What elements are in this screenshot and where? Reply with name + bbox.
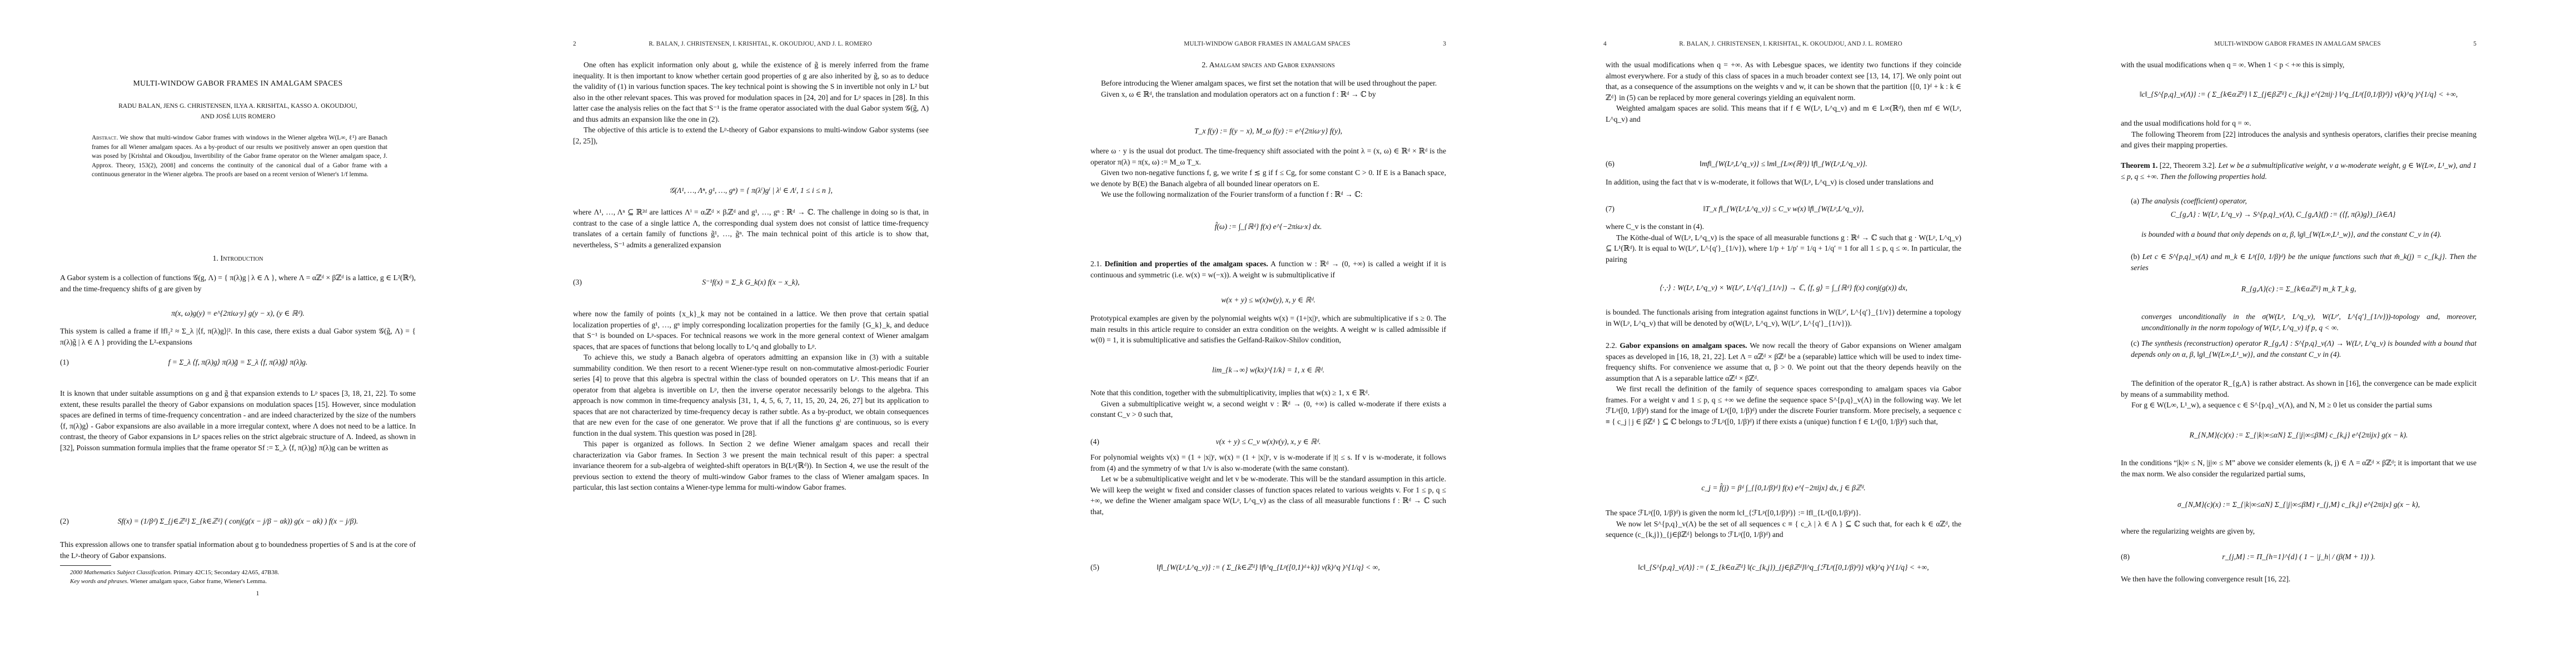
subsection-heading: Definition and properties of the amalgam… (1105, 260, 1268, 268)
page-number: 5 (2473, 41, 2477, 47)
paragraph-text: In the conditions “|k|∞ ≤ N, |j|∞ ≤ M” a… (2121, 457, 2477, 479)
item-text: The analysis (coefficient) operator, (2141, 197, 2247, 205)
equation-4: (4) v(x + y) ≤ C_v w(x)v(y), x, y ∈ ℝᵈ. (1090, 437, 1446, 446)
theorem-reference: [22, Theorem 3.2]. (2160, 161, 2216, 170)
paragraph: This expression allows one to transfer s… (60, 539, 416, 561)
theorem-item-a-continued: is bounded with a bound that only depend… (2141, 229, 2477, 240)
equation-body: R_{N,M}(c)(x) := Σ_{|k|∞≤αN} Σ_{|j|∞≤βM}… (2121, 431, 2477, 440)
page-5: MULTI-WINDOW GABOR FRAMES IN AMALGAM SPA… (2061, 0, 2576, 667)
paragraph: In addition, using the fact that v is w-… (1606, 177, 1961, 188)
paragraph-text: and the usual modifications hold for q =… (2121, 118, 2477, 129)
equation-body: ‖c‖_{S^{p,q}_v(Λ)} := ( Σ_{k∈αℤᵈ} ‖(c_{k… (1606, 563, 1961, 572)
paragraph-text: The space ℱLᵖ([0, 1/β)ᵈ) is given the no… (1606, 507, 1961, 519)
running-head-text: R. BALAN, J. CHRISTENSEN, I. KRISHTAL, K… (590, 41, 931, 47)
equation-1: (1) f = Σ_λ ⟨f, π(λ)g⟩ π(λ)g̃ = Σ_λ ⟨f, … (60, 358, 416, 367)
equation-3: (3) S⁻¹f(x) = Σ_k G_k(x) f(x − x_k), (573, 278, 929, 287)
paragraph-text: We use the following normalization of th… (1090, 189, 1446, 200)
page-number: 3 (1443, 41, 1446, 47)
paragraph-text: The Köthe-dual of W(Lᵖ, L^q_v) is the sp… (1606, 232, 1961, 265)
equation-body: π(x, ω)g(y) = e^{2πiω·y} g(y − x), (y ∈ … (60, 309, 416, 318)
intro-paragraph-1: A Gabor system is a collection of functi… (60, 272, 416, 294)
paragraph-text: where now the family of points {x_k}_k m… (573, 308, 929, 352)
paragraph-text: The following Theorem from [22] introduc… (2121, 129, 2477, 151)
paragraph: The definition of the operator R_{g,Λ} i… (2121, 378, 2477, 411)
equation-synthesis-series: R_{g,Λ}(c) := Σ_{k∈αℤᵈ} m_k T_k g, (2121, 285, 2477, 293)
page-2: 2 R. BALAN, J. CHRISTENSEN, I. KRISHTAL,… (515, 0, 1030, 667)
paragraph: where the regularizing weights are given… (2121, 526, 2477, 537)
paragraph-text: where ω · y is the usual dot product. Th… (1090, 146, 1446, 167)
equation-label: (3) (573, 278, 582, 287)
paragraph-text: For g ∈ W(L∞, L¹_w), a sequence c ∈ S^{p… (2121, 400, 2477, 411)
paper-title: MULTI-WINDOW GABOR FRAMES IN AMALGAM SPA… (60, 78, 416, 89)
paragraph-text: Note that this condition, together with … (1090, 387, 1446, 399)
paragraph-text: We first recall the definition of the fa… (1606, 384, 1961, 427)
abstract-text: We show that multi-window Gabor frames w… (92, 135, 387, 178)
paragraph-text: Given a submultiplicative weight w, a se… (1090, 399, 1446, 420)
paragraph: where C_v is the constant in (4). The Kö… (1606, 221, 1961, 265)
page-4: 4 R. BALAN, J. CHRISTENSEN, I. KRISHTAL,… (1546, 0, 2061, 667)
equation-body: S⁻¹f(x) = Σ_k G_k(x) f(x − x_k), (573, 278, 929, 287)
page-number: 1 (0, 590, 515, 597)
equation-grs-condition: lim_{k→∞} w(kx)^{1/k} = 1, x ∈ ℝᵈ. (1090, 366, 1446, 375)
equation-regularized-sums: σ_{N,M}(c)(x) := Σ_{|k|∞≤αN} Σ_{|j|∞≤βM}… (2121, 500, 2477, 509)
equation-body: 𝒢(Λ¹, …, Λⁿ, g¹, …, gⁿ) = { π(λⁱ)gⁱ | λⁱ… (573, 186, 929, 195)
subsection-number: 2.1. (1090, 260, 1102, 268)
equation-body: r_{j,M} := Π_{h=1}^{d} ( 1 − |j_h| / (β(… (2121, 552, 2477, 561)
equation-translation-modulation: T_x f(y) := f(y − x), M_ω f(y) := e^{2πi… (1090, 127, 1446, 136)
intro-paragraph-2: This system is called a frame if ‖f‖₂² ≈… (60, 326, 416, 347)
footnote-text: Primary 42C15; Secondary 42A65, 47B38. (173, 569, 279, 576)
paragraph-text: To achieve this, we study a Banach algeb… (573, 352, 929, 439)
equation-label: (2) (60, 517, 69, 526)
paragraph-text: Given x, ω ∈ ℝᵈ, the translation and mod… (1090, 89, 1446, 100)
page-3: MULTI-WINDOW GABOR FRAMES IN AMALGAM SPA… (1030, 0, 1546, 667)
paragraph: One often has explicit information only … (573, 59, 929, 146)
authors: RADU BALAN, JENS G. CHRISTENSEN, ILYA A.… (60, 101, 416, 122)
paragraph: In the conditions “|k|∞ ≤ N, |j|∞ ≤ M” a… (2121, 457, 2477, 479)
footnote-rule (60, 565, 111, 566)
equation-body: w(x + y) ≤ w(x)w(y), x, y ∈ ℝᵈ. (1090, 296, 1446, 305)
paragraph-text: where C_v is the constant in (4). (1606, 221, 1961, 232)
paragraph: Prototypical examples are given by the p… (1090, 313, 1446, 346)
paragraph-text: Weighted amalgam spaces are solid. This … (1606, 103, 1961, 125)
paragraph: A Gabor system is a collection of functi… (60, 272, 416, 294)
equation-fourier-transform: f̂(ω) := ∫_{ℝᵈ} f(x) e^{−2πiω·x} dx. (1090, 222, 1446, 231)
equation-2: (2) Sf(x) = (1/βᵈ) Σ_{j∈ℤᵈ} Σ_{k∈ℤᵈ} ( c… (60, 517, 416, 526)
paragraph: where ω · y is the usual dot product. Th… (1090, 146, 1446, 200)
equation-label: (4) (1090, 437, 1099, 446)
paragraph-text: For polynomial weights v(x) = (1 + |x|)ᵗ… (1090, 452, 1446, 474)
equation-7: (7) ‖T_x f‖_{W(Lᵖ,L^q_v)} ≤ C_v w(x) ‖f‖… (1606, 205, 1961, 213)
footnotes: 2000 Mathematics Subject Classification.… (70, 568, 416, 586)
paragraph: The space ℱLᵖ([0, 1/β)ᵈ) is given the no… (1606, 507, 1961, 540)
equation-body: v(x + y) ≤ C_v w(x)v(y), x, y ∈ ℝᵈ. (1090, 437, 1446, 446)
equation-body: c_j = f̂(j) = βᵈ ∫_{[0,1/β)ᵈ} f(x) e^{−2… (1606, 484, 1961, 492)
item-text: converges unconditionally in the σ(W(Lᵖ,… (2141, 311, 2477, 333)
equation-8: (8) r_{j,M} := Π_{h=1}^{d} ( 1 − |j_h| /… (2121, 552, 2477, 561)
authors-line-2: AND JOSÉ LUIS ROMERO (60, 112, 416, 122)
paragraph-text: The objective of this article is to exte… (573, 125, 929, 146)
equation-body: ‖f‖_{W(Lᵖ,L^q_v)} := ( Σ_{k∈ℤᵈ} ‖f‖^q_{L… (1090, 563, 1446, 572)
equation-label: (7) (1606, 205, 1615, 213)
paragraph-text: We then have the following convergence r… (2121, 574, 2477, 585)
paragraph: We then have the following convergence r… (2121, 574, 2477, 585)
footnote-keywords: Key words and phrases. Wiener amalgam sp… (70, 577, 416, 586)
paragraph-text: Given two non-negative functions f, g, w… (1090, 167, 1446, 189)
equation-cj: c_j = f̂(j) = βᵈ ∫_{[0,1/β)ᵈ} f(x) e^{−2… (1606, 484, 1961, 492)
theorem-1: Theorem 1. [22, Theorem 3.2]. Let w be a… (2121, 160, 2477, 182)
paragraph-text: with the usual modifications when q = +∞… (1606, 59, 1961, 103)
paragraph-text: with the usual modifications when q = ∞.… (2121, 59, 2477, 71)
equation-5: (5) ‖f‖_{W(Lᵖ,L^q_v)} := ( Σ_{k∈ℤᵈ} ‖f‖^… (1090, 563, 1446, 572)
paragraph: This system is called a frame if ‖f‖₂² ≈… (60, 326, 416, 347)
abstract: Abstract. We show that multi-window Gabo… (92, 133, 387, 180)
equation-body: ⟨·,·⟩ : W(Lᵖ, L^q_v) × W(Lᵖ′, L^{q′}_{1/… (1606, 283, 1961, 292)
paragraph: Note that this condition, together with … (1090, 387, 1446, 420)
paragraph: where now the family of points {x_k}_k m… (573, 308, 929, 493)
authors-line-1: RADU BALAN, JENS G. CHRISTENSEN, ILYA A.… (60, 101, 416, 112)
equation-label: (1) (60, 358, 69, 367)
paragraph-text: Prototypical examples are given by the p… (1090, 313, 1446, 346)
subsection-heading: Gabor expansions on amalgam spaces. (1620, 341, 1747, 350)
equation-body: T_x f(y) := f(y − x), M_ω f(y) := e^{2πi… (1090, 127, 1446, 136)
footnote-label: 2000 Mathematics Subject Classification. (70, 569, 172, 576)
paragraph-text: is bounded. The functionals arising from… (1606, 307, 1961, 328)
equation-pairing: ⟨·,·⟩ : W(Lᵖ, L^q_v) × W(Lᵖ′, L^{q′}_{1/… (1606, 283, 1961, 292)
paragraph-text: Let w be a submultiplicative weight and … (1090, 474, 1446, 517)
equation-time-frequency-shift: π(x, ω)g(y) = e^{2πiω·y} g(y − x), (y ∈ … (60, 309, 416, 318)
paragraph-text: where the regularizing weights are given… (2121, 526, 2477, 537)
paragraph: and the usual modifications hold for q =… (2121, 118, 2477, 151)
equation-sequence-norm: ‖c‖_{S^{p,q}_v(Λ)} := ( Σ_{k∈αℤᵈ} ‖(c_{k… (1606, 563, 1961, 572)
equation-label: (8) (2121, 552, 2130, 561)
equation-body: σ_{N,M}(c)(x) := Σ_{|k|∞≤αN} Σ_{|j|∞≤βM}… (2121, 500, 2477, 509)
paragraph: with the usual modifications when q = +∞… (1606, 59, 1961, 125)
equation-body: Sf(x) = (1/βᵈ) Σ_{j∈ℤᵈ} Σ_{k∈ℤᵈ} ( conj(… (60, 517, 416, 526)
paragraph: is bounded. The functionals arising from… (1606, 307, 1961, 328)
equation-body: C_{g,Λ} : W(Lᵖ, L^q_v) → S^{p,q}_v(Λ), C… (2150, 210, 2416, 219)
equation-body: R_{g,Λ}(c) := Σ_{k∈αℤᵈ} m_k T_k g, (2121, 285, 2477, 293)
equation-partial-sums: R_{N,M}(c)(x) := Σ_{|k|∞≤αN} Σ_{|j|∞≤βM}… (2121, 431, 2477, 440)
item-label: (a) (2131, 197, 2139, 205)
equation-body: ‖mf‖_{W(Lᵖ,L^q_v)} ≤ ‖m‖_{L∞(ℝᵈ)} ‖f‖_{W… (1606, 160, 1961, 168)
intro-paragraph-4: This expression allows one to transfer s… (60, 539, 416, 561)
page-number: 2 (573, 41, 576, 47)
item-text: The synthesis (reconstruction) operator … (2131, 339, 2477, 359)
paragraph: with the usual modifications when q = ∞.… (2121, 59, 2477, 71)
subsection-2-1: 2.1. Definition and properties of the am… (1090, 258, 1446, 280)
theorem-item-b-continued: converges unconditionally in the σ(W(Lᵖ,… (2141, 311, 2477, 333)
theorem-item-a: (a) The analysis (coefficient) operator, (2131, 196, 2477, 207)
running-head-text: MULTI-WINDOW GABOR FRAMES IN AMALGAM SPA… (1088, 41, 1446, 47)
equation-body: lim_{k→∞} w(kx)^{1/k} = 1, x ∈ ℝᵈ. (1090, 366, 1446, 375)
running-head-text: R. BALAN, J. CHRISTENSEN, I. KRISHTAL, K… (1620, 41, 1961, 47)
section-heading-amalgam: 2. Amalgam spaces and Gabor expansions (1090, 60, 1446, 71)
item-text: is bounded with a bound that only depend… (2141, 229, 2477, 240)
page-1: MULTI-WINDOW GABOR FRAMES IN AMALGAM SPA… (0, 0, 515, 667)
footnote-text: Wiener amalgam space, Gabor frame, Wiene… (130, 578, 267, 585)
item-text: Let c ∈ S^{p,q}_v(Λ) and m_k ∈ Lᵖ([0, 1/… (2131, 252, 2477, 272)
theorem-item-b: (b) Let c ∈ S^{p,q}_v(Λ) and m_k ∈ Lᵖ([0… (2131, 251, 2477, 273)
equation-analysis-operator: C_{g,Λ} : W(Lᵖ, L^q_v) → S^{p,q}_v(Λ), C… (2150, 210, 2416, 219)
paragraph: where Λ¹, …, Λⁿ ⊆ ℝ²ᵈ are lattices Λⁱ = … (573, 207, 929, 250)
equation-label: (6) (1606, 160, 1615, 168)
paragraph-text: This paper is organized as follows. In S… (573, 439, 929, 493)
paragraph-text: The definition of the operator R_{g,Λ} i… (2121, 378, 2477, 400)
equation-simple-norm: ‖c‖_{S^{p,q}_v(Λ)} := ( Σ_{k∈αℤᵈ} ‖ Σ_{j… (2121, 90, 2477, 99)
paragraph-text: In addition, using the fact that v is w-… (1606, 177, 1961, 188)
intro-paragraph-3: It is known that under suitable assumpti… (60, 388, 416, 453)
footnote-msc: 2000 Mathematics Subject Classification.… (70, 568, 416, 577)
paragraph-text: One often has explicit information only … (573, 59, 929, 125)
paragraph: It is known that under suitable assumpti… (60, 388, 416, 453)
equation-body: ‖c‖_{S^{p,q}_v(Λ)} := ( Σ_{k∈αℤᵈ} ‖ Σ_{j… (2121, 90, 2477, 99)
theorem-label: Theorem 1. (2121, 161, 2158, 170)
equation-6: (6) ‖mf‖_{W(Lᵖ,L^q_v)} ≤ ‖m‖_{L∞(ℝᵈ)} ‖f… (1606, 160, 1961, 168)
equation-submultiplicative: w(x + y) ≤ w(x)w(y), x, y ∈ ℝᵈ. (1090, 296, 1446, 305)
subsection-number: 2.2. (1606, 341, 1617, 350)
equation-body: ‖T_x f‖_{W(Lᵖ,L^q_v)} ≤ C_v w(x) ‖f‖_{W(… (1606, 205, 1961, 213)
footnote-label: Key words and phrases. (70, 578, 128, 585)
section-heading-introduction: 1. Introduction (60, 253, 416, 265)
paragraph: Before introducing the Wiener amalgam sp… (1090, 78, 1446, 99)
equation-body: f̂(ω) := ∫_{ℝᵈ} f(x) e^{−2πiω·x} dx. (1090, 222, 1446, 231)
item-label: (c) (2131, 339, 2139, 347)
running-head-text: MULTI-WINDOW GABOR FRAMES IN AMALGAM SPA… (2119, 41, 2477, 47)
equation-label: (5) (1090, 563, 1099, 572)
abstract-label: Abstract. (92, 135, 118, 141)
paragraph-text: We now let S^{p,q}_v(Λ) be the set of al… (1606, 519, 1961, 540)
item-label: (b) (2131, 252, 2140, 261)
page-number: 4 (1603, 41, 1607, 47)
paragraph-text: where Λ¹, …, Λⁿ ⊆ ℝ²ᵈ are lattices Λⁱ = … (573, 207, 929, 250)
theorem-item-c: (c) The synthesis (reconstruction) opera… (2131, 338, 2477, 360)
equation-body: f = Σ_λ ⟨f, π(λ)g⟩ π(λ)g̃ = Σ_λ ⟨f, π(λ)… (60, 358, 416, 367)
equation-multi-window-system: 𝒢(Λ¹, …, Λⁿ, g¹, …, gⁿ) = { π(λⁱ)gⁱ | λⁱ… (573, 186, 929, 195)
paragraph-text: Before introducing the Wiener amalgam sp… (1090, 78, 1446, 89)
subsection-2-2: 2.2. Gabor expansions on amalgam spaces.… (1606, 340, 1961, 427)
paragraph: For polynomial weights v(x) = (1 + |x|)ᵗ… (1090, 452, 1446, 517)
